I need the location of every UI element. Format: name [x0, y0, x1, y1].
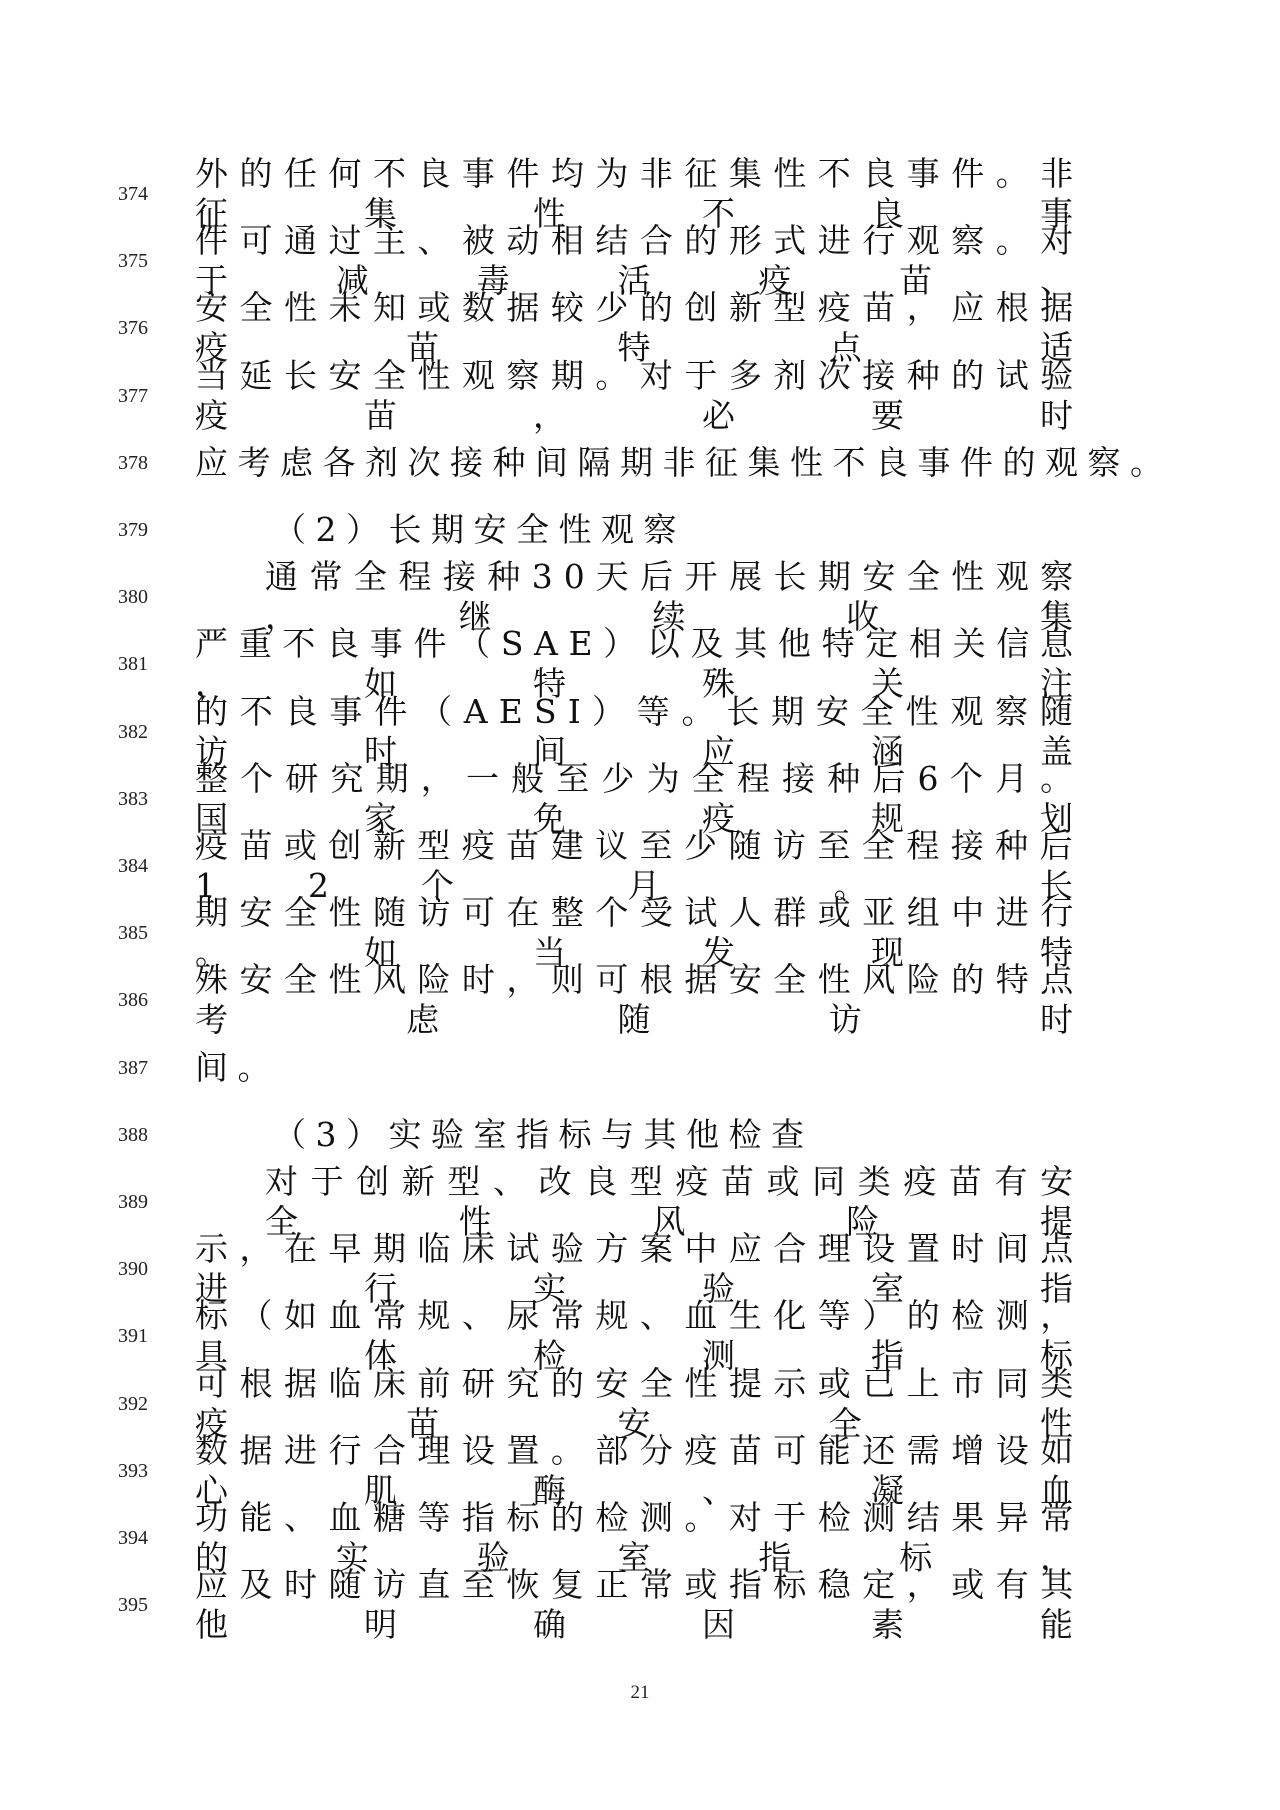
document-line: 389 对 于 创 新 型 、 改 良 型 疫 苗 或 同 类 疫 苗 有 安 …	[0, 1168, 1280, 1235]
line-text: 应考虑各剂次接种间隔期非征集性不良事件的观察。	[195, 443, 1073, 483]
section-heading-line: 379 （2）长期安全性观察	[0, 496, 1280, 563]
document-line: 383 整 个 研 究 期 ， 一 般 至 少 为 全 程 接 种 后 6 个 …	[0, 765, 1280, 832]
document-line: 380 通 常 全 程 接 种 3 0 天 后 开 展 长 期 安 全 性 观 …	[0, 563, 1280, 630]
document-line: 387 间。	[0, 1034, 1280, 1101]
line-number: 380	[118, 586, 162, 608]
line-text: 应 及 时 随 访 直 至 恢 复 正 常 或 指 标 稳 定 ， 或 有 其 …	[195, 1565, 1073, 1645]
line-number: 388	[118, 1124, 162, 1146]
line-number: 382	[118, 721, 162, 743]
document-line: 377 当 延 长 安 全 性 观 察 期 。 对 于 多 剂 次 接 种 的 …	[0, 362, 1280, 429]
document-line: 385 期 安 全 性 随 访 可 在 整 个 受 试 人 群 或 亚 组 中 …	[0, 899, 1280, 966]
document-line: 376 安 全 性 未 知 或 数 据 较 少 的 创 新 型 疫 苗 ， 应 …	[0, 294, 1280, 361]
document-line: 375 件 可 通 过 主 、 被 动 相 结 合 的 形 式 进 行 观 察 …	[0, 227, 1280, 294]
section-heading: （2）长期安全性观察	[195, 510, 1073, 550]
line-number: 395	[118, 1594, 162, 1616]
document-line: 395 应 及 时 随 访 直 至 恢 复 正 常 或 指 标 稳 定 ， 或 …	[0, 1571, 1280, 1638]
document-line: 391 标 （ 如 血 常 规 、 尿 常 规 、 血 生 化 等 ） 的 检 …	[0, 1302, 1280, 1369]
page-number: 21	[600, 1682, 680, 1704]
line-number: 389	[118, 1191, 162, 1213]
document-line: 386 殊 安 全 性 风 险 时 ， 则 可 根 据 安 全 性 风 险 的 …	[0, 966, 1280, 1033]
line-number: 391	[118, 1325, 162, 1347]
line-number: 393	[118, 1460, 162, 1482]
line-number: 387	[118, 1057, 162, 1079]
document-line: 381 严 重 不 良 事 件 （ S A E ） 以 及 其 他 特 定 相 …	[0, 630, 1280, 697]
line-number: 386	[118, 989, 162, 1011]
line-number: 378	[118, 452, 162, 474]
document-line: 378 应考虑各剂次接种间隔期非征集性不良事件的观察。	[0, 429, 1280, 496]
line-number: 379	[118, 519, 162, 541]
line-number: 385	[118, 922, 162, 944]
document-line: 374 外 的 任 何 不 良 事 件 均 为 非 征 集 性 不 良 事 件 …	[0, 160, 1280, 227]
line-number: 392	[118, 1393, 162, 1415]
document-line: 393 数 据 进 行 合 理 设 置 。 部 分 疫 苗 可 能 还 需 增 …	[0, 1437, 1280, 1504]
line-number: 390	[118, 1258, 162, 1280]
line-number: 377	[118, 385, 162, 407]
document-line: 394 功 能 、 血 糖 等 指 标 的 检 测 。 对 于 检 测 结 果 …	[0, 1504, 1280, 1571]
document-line: 392 可 根 据 临 床 前 研 究 的 安 全 性 提 示 或 已 上 市 …	[0, 1370, 1280, 1437]
line-number: 383	[118, 788, 162, 810]
line-number: 375	[118, 250, 162, 272]
document-line: 384 疫 苗 或 创 新 型 疫 苗 建 议 至 少 随 访 至 全 程 接 …	[0, 832, 1280, 899]
document-page: 374 外 的 任 何 不 良 事 件 均 为 非 征 集 性 不 良 事 件 …	[0, 0, 1280, 1810]
line-number: 374	[118, 183, 162, 205]
line-number: 376	[118, 317, 162, 339]
line-text: 当 延 长 安 全 性 观 察 期 。 对 于 多 剂 次 接 种 的 试 验 …	[195, 356, 1073, 436]
line-number: 394	[118, 1527, 162, 1549]
document-line: 382 的 不 良 事 件 （ A E S I ） 等 。 长 期 安 全 性 …	[0, 698, 1280, 765]
document-line: 390 示 ， 在 早 期 临 床 试 验 方 案 中 应 合 理 设 置 时 …	[0, 1235, 1280, 1302]
line-number: 381	[118, 653, 162, 675]
line-text: 间。	[195, 1048, 1073, 1088]
section-heading: （3）实验室指标与其他检查	[195, 1115, 1073, 1155]
section-heading-line: 388 （3）实验室指标与其他检查	[0, 1101, 1280, 1168]
line-text: 殊 安 全 性 风 险 时 ， 则 可 根 据 安 全 性 风 险 的 特 点 …	[195, 960, 1073, 1040]
line-number: 384	[118, 855, 162, 877]
